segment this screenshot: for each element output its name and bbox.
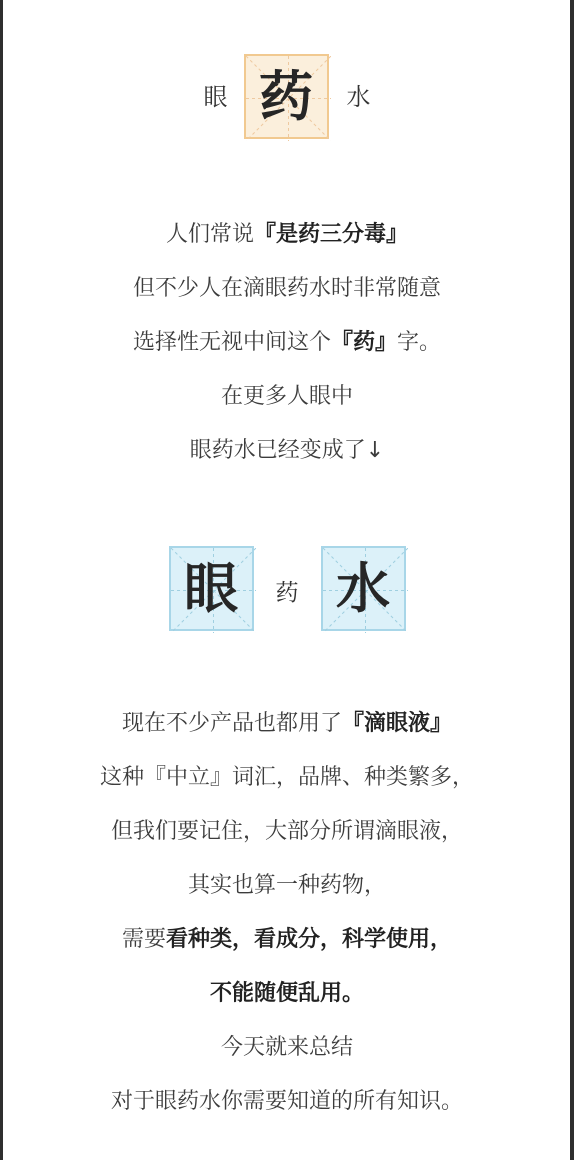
intro-paragraph: 人们常说『是药三分毒』 但不少人在滴眼药水时非常随意 选择性无视中间这个『药』字… xyxy=(0,208,574,478)
boxed-char-eye: 眼 xyxy=(184,562,238,616)
text-line: 但我们要记住，大部分所谓滴眼液， xyxy=(0,805,574,859)
boxed-char-medicine: 药 xyxy=(259,70,313,124)
highlight-box-medicine: 药 xyxy=(244,54,329,139)
text-line: 这种『中立』词汇，品牌、种类繁多， xyxy=(0,751,574,805)
text-line: 今天就来总结 xyxy=(0,1021,574,1075)
title-char-water: 水 xyxy=(347,85,371,109)
text-line: 眼药水已经变成了↓ xyxy=(0,424,574,478)
highlight-box-water: 水 xyxy=(321,546,406,631)
title-char-medicine-small: 药 xyxy=(276,572,299,605)
title-char-eye: 眼 xyxy=(204,85,228,109)
title-eye-medicine-water: 眼 药 水 xyxy=(0,54,574,139)
text-line: 其实也算一种药物， xyxy=(0,859,574,913)
highlight-box-eye: 眼 xyxy=(169,546,254,631)
text-line: 需要看种类，看成分，科学使用， xyxy=(0,913,574,967)
text-line: 现在不少产品也都用了『滴眼液』 xyxy=(0,697,574,751)
text-line: 不能随便乱用。 xyxy=(0,967,574,1021)
text-line: 在更多人眼中 xyxy=(0,370,574,424)
text-line: 但不少人在滴眼药水时非常随意 xyxy=(0,262,574,316)
body-paragraph: 现在不少产品也都用了『滴眼液』 这种『中立』词汇，品牌、种类繁多， 但我们要记住… xyxy=(0,697,574,1129)
text-line: 对于眼药水你需要知道的所有知识。 xyxy=(0,1075,574,1129)
text-line: 选择性无视中间这个『药』字。 xyxy=(0,316,574,370)
text-line: 人们常说『是药三分毒』 xyxy=(0,208,574,262)
boxed-char-water: 水 xyxy=(336,562,390,616)
title-eye-water-emphasis: 眼 药 水 xyxy=(0,546,574,631)
